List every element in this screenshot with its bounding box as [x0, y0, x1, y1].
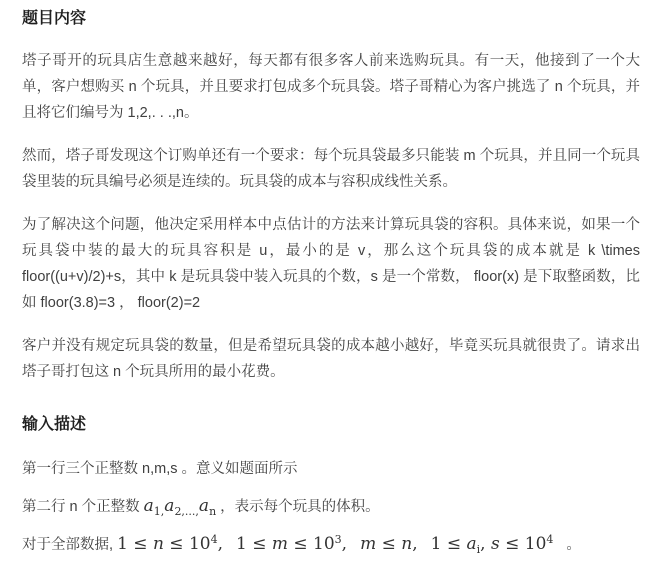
input-line-constraints: 对于全部数据, 1 ≤ n ≤ 104,1 ≤ m ≤ 103,m ≤ n,1 …	[22, 530, 640, 559]
math-text: ,	[218, 534, 223, 554]
math-var: n	[401, 534, 412, 554]
math-constraint-m-le-n: m ≤ n,	[360, 534, 418, 554]
math-superscript: 4	[211, 533, 218, 546]
math-constraint-n: 1 ≤ n ≤ 104,	[117, 534, 223, 554]
math-var: s	[491, 534, 500, 554]
math-superscript: 3	[335, 533, 342, 546]
text-run: 。	[566, 537, 581, 553]
problem-paragraph-4: 客户并没有规定玩具袋的数量，但是希望玩具袋的成本越小越好，毕竟买玩具就很贵了。请…	[22, 333, 640, 385]
math-text: 1 ≤	[431, 534, 467, 554]
math-text: ≤ 10	[288, 534, 335, 554]
math-text: ≤	[376, 534, 401, 554]
math-var: a	[467, 534, 477, 554]
problem-statement-page: 题目内容 塔子哥开的玩具店生意越来越好，每天都有很多客人前来选购玩具。有一天，他…	[0, 0, 660, 578]
text-run: ，表示每个玩具的体积。	[216, 499, 380, 515]
math-var: a	[144, 496, 154, 516]
math-text: ,	[480, 534, 491, 554]
math-text: ≤ 10	[164, 534, 211, 554]
math-var: m	[272, 534, 288, 554]
math-constraint-ai-s: 1 ≤ ai, s ≤ 104	[431, 534, 554, 554]
math-text: ,	[342, 534, 347, 554]
math-var: a	[164, 496, 174, 516]
math-toy-volume-sequence: a1,a2,...,an	[144, 496, 217, 516]
math-text: ,	[412, 534, 417, 554]
section-heading-input-description: 输入描述	[22, 415, 640, 435]
input-line-first: 第一行三个正整数 n,m,s 。意义如题面所示	[22, 455, 640, 483]
math-subscript: 1,	[154, 505, 165, 518]
math-superscript: 4	[546, 533, 553, 546]
problem-paragraph-2: 然而，塔子哥发现这个订购单还有一个要求：每个玩具袋最多只能装 m 个玩具，并且同…	[22, 143, 640, 195]
math-constraint-m: 1 ≤ m ≤ 103,	[236, 534, 347, 554]
text-run: 第二行 n 个正整数	[22, 499, 144, 515]
math-text: 1 ≤	[236, 534, 272, 554]
math-text: 1 ≤	[117, 534, 153, 554]
math-text: ≤ 10	[500, 534, 547, 554]
math-var: n	[153, 534, 164, 554]
math-subscript: 2,...,	[174, 505, 198, 518]
section-heading-problem-content: 题目内容	[22, 9, 640, 29]
math-var: m	[360, 534, 376, 554]
problem-paragraph-1: 塔子哥开的玩具店生意越来越好，每天都有很多客人前来选购玩具。有一天，他接到了一个…	[22, 48, 640, 126]
input-line-second: 第二行 n 个正整数 a1,a2,...,an ，表示每个玩具的体积。	[22, 492, 640, 521]
text-run: 对于全部数据,	[22, 537, 117, 553]
math-var: a	[199, 496, 209, 516]
problem-paragraph-3: 为了解决这个问题，他决定采用样本中点估计的方法来计算玩具袋的容积。具体来说，如果…	[22, 212, 640, 316]
